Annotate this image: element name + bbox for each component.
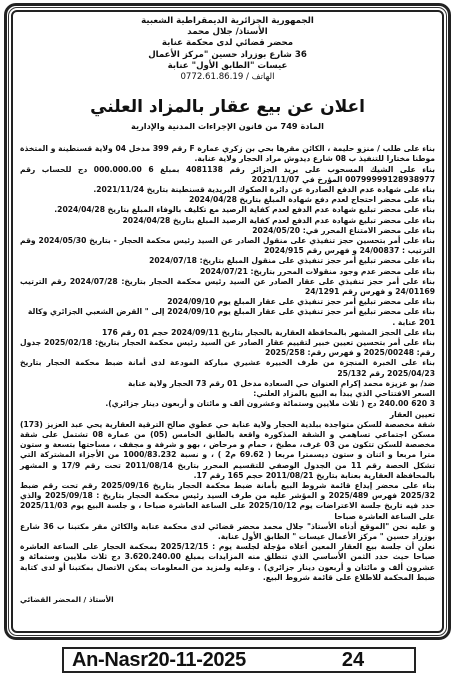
paragraph: بناء على أمر بتحسين حجز تنفيذي على منقول… [20, 236, 435, 256]
paragraph: بناء على محضر تبليغ شهادة عدم الدفع لعدم… [20, 216, 435, 226]
paragraph: بناء على محضر تبليغ أمر حجز تنفيذي على ع… [20, 307, 435, 327]
opening-price-label: السعر الافتتاحي الذي يبدأ به البيع بالمز… [20, 389, 435, 399]
paragraph: بناء على الشيك المسحوب على بريد الجزائر … [20, 165, 435, 185]
paragraph: و عليه نحن "الموقع أدناه الأستاذ" جلال م… [20, 522, 435, 542]
announcement-body: بناء على طلب / منزو حليمة ، الكائن مقرها… [20, 144, 435, 583]
paragraph: بناء على أمر حجز تنفيذي على عقار الصادر … [20, 277, 435, 297]
paragraph: بناء على الخبرة المنجزة من طرف الخبيرة ع… [20, 358, 435, 378]
paragraph: بناء على محضر إيداع قائمة شروط البيع بأم… [20, 481, 435, 522]
page-number: 24 [342, 649, 364, 672]
newspaper-edition: An-Nasr20-11-2025 [72, 649, 246, 672]
paragraph: بناء على أمر بتحسين تعيين خبير لتقييم عق… [20, 338, 435, 358]
paragraph: بناء على الحجز المشهر بالمحافظة العقارية… [20, 328, 435, 338]
signature: الأستاذ / المحضر القضائي [20, 595, 435, 604]
opening-price: 3 620 240.00 دج ( ثلاث ملايين وستمائة وع… [20, 399, 435, 409]
address-line-2: عيسات "الطابق الأول" عنابة [20, 61, 435, 72]
auction-notice: نعلن أن جلسة بيع العقار المعين أعلاه مؤج… [20, 542, 435, 583]
announcement-content: الجمهورية الجزائرية الديمقراطية الشعبية … [20, 16, 435, 604]
lawyer-name: الأستاذ/ جلال محمد [20, 27, 435, 38]
paragraph: بناء على محضر تبليغ شهادة عدم الدفع لعدم… [20, 205, 435, 215]
paragraph: بناء على محضر احتجاج لعدم دفع شهادة المب… [20, 195, 435, 205]
office-title: محضر قضائي لدى محكمة عنابة [20, 38, 435, 49]
property-description: شقة مخصصة للسكن متواجدة ببلدية الحجار ول… [20, 420, 435, 481]
paragraph: بناء على طلب / منزو حليمة ، الكائن مقرها… [20, 144, 435, 164]
defendant: ضد/ بو عزيزة محمد إكرام العنوان حي السعا… [20, 379, 435, 389]
property-heading: تعيين العقار [20, 410, 435, 420]
legal-article: المادة 749 من قانون الإجراءات المدنية وا… [20, 121, 435, 132]
paragraph: بناء على محضر عدم وجود منقولات المحرر بت… [20, 267, 435, 277]
republic-name: الجمهورية الجزائرية الديمقراطية الشعبية [20, 16, 435, 27]
announcement-title: اعلان عن بيع عقار بالمزاد العلني [20, 97, 435, 117]
header-block: الجمهورية الجزائرية الديمقراطية الشعبية … [20, 16, 435, 83]
phone-number: الهاتف / 0772.61.86.19 [20, 72, 435, 83]
paragraph: بناء على محضر الامتناع المحرر في: 2024/0… [20, 226, 435, 236]
paragraph: بناء على شهادة عدم الدفع الصادرة عن دائر… [20, 185, 435, 195]
address-line-1: 36 شارع بوزراد حسين "مركز الأعمال [20, 50, 435, 61]
paragraph: بناء على محضر تبليغ أمر حجز تنفيذي على ع… [20, 297, 435, 307]
newspaper-footer: An-Nasr20-11-2025 24 [62, 647, 416, 673]
paragraph: بناء على محضر تبليغ أمر حجز تنفيذي على م… [20, 256, 435, 266]
